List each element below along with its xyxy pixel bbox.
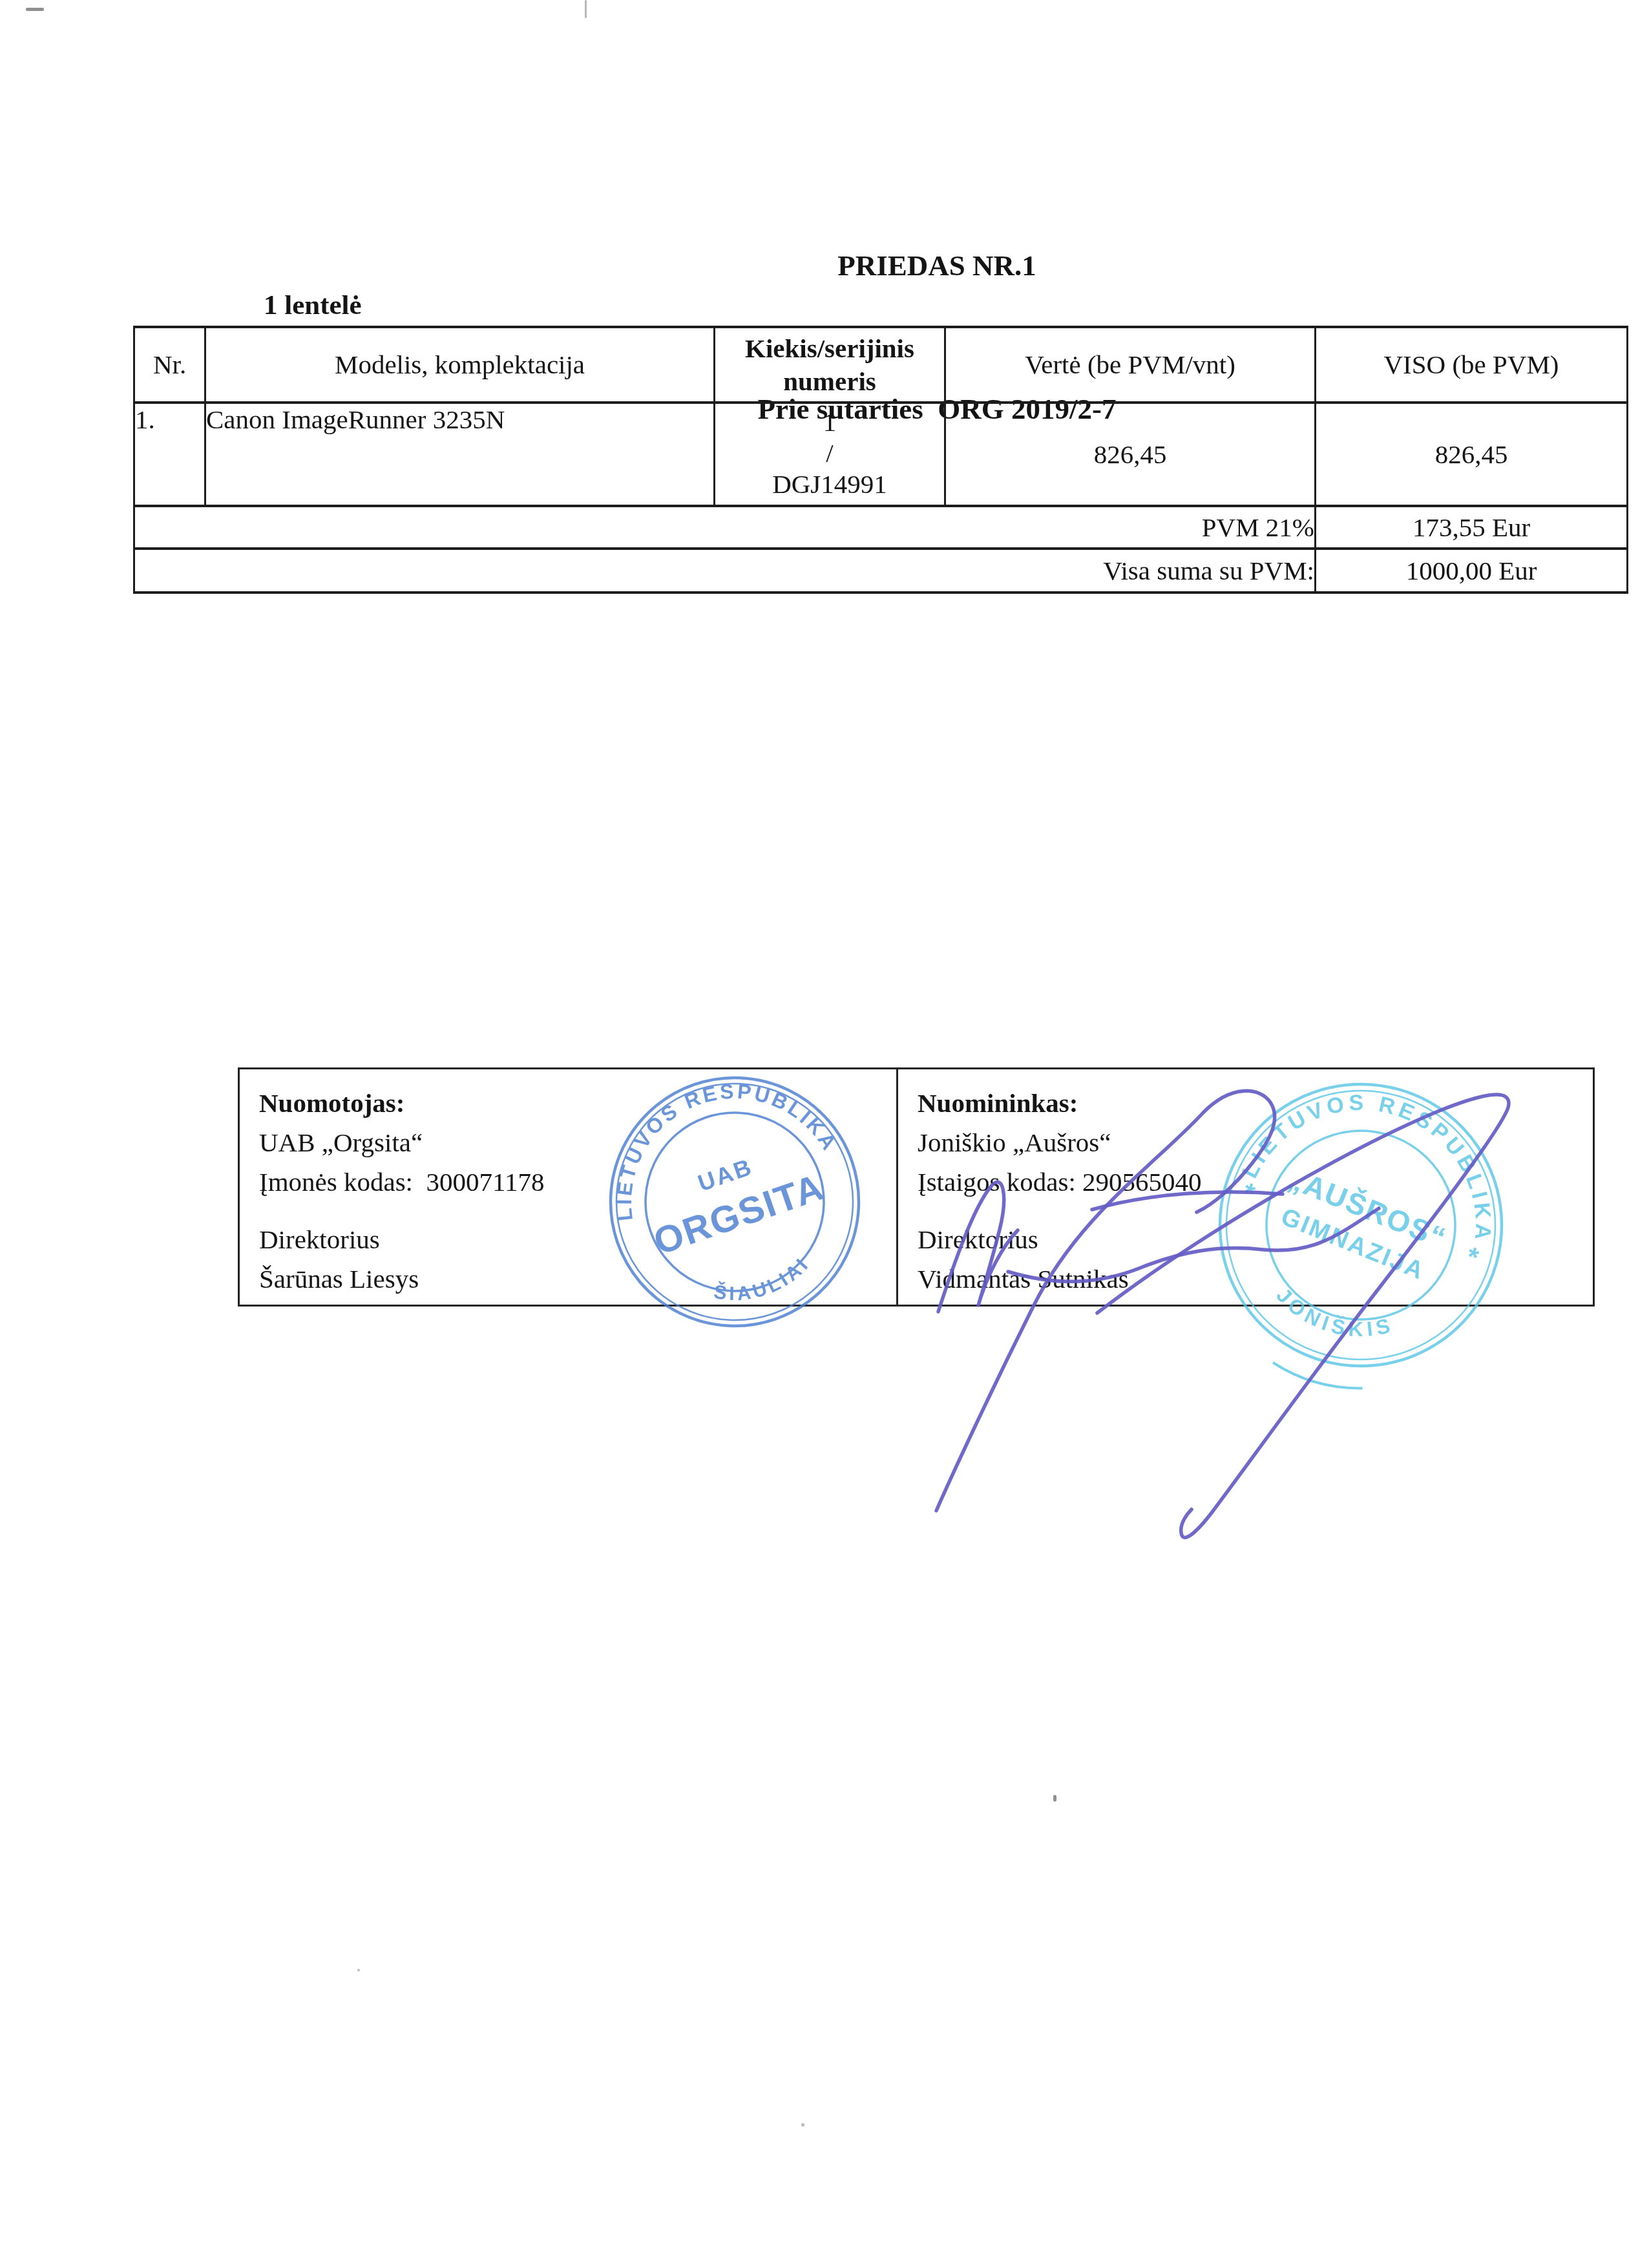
scanned-document-page: PRIEDAS NR.1 Prie sutarties ORG 2019/2-7… — [0, 0, 1649, 2268]
header-nr: Nr. — [134, 327, 205, 403]
serial-cell: 1 / DGJ14991 — [715, 403, 945, 506]
row-number-cell: 1. — [134, 403, 205, 506]
scan-artifact-line — [585, 0, 587, 18]
quantity-serial-separator: / — [826, 437, 833, 468]
scan-speck — [1053, 1795, 1056, 1801]
grand-total-label-cell: Visa suma su PVM: — [134, 549, 1316, 593]
quantity-value: 1 — [823, 406, 837, 437]
equipment-table: Nr. Modelis, komplektacija Kiekis/seriji… — [133, 326, 1628, 594]
serial-number: DGJ14991 — [772, 468, 887, 499]
ausros-stamp-star-right: * — [1464, 1241, 1482, 1273]
header-total: VISO (be PVM) — [1316, 327, 1628, 403]
unit-value-cell: 826,45 — [945, 403, 1316, 506]
header-model: Modelis, komplektacija — [205, 327, 715, 403]
header-serial: Kiekis/serijinis numeris — [715, 327, 945, 403]
table-header-row: Nr. Modelis, komplektacija Kiekis/seriji… — [134, 327, 1628, 403]
grand-total-row: Visa suma su PVM: 1000,00 Eur — [134, 549, 1628, 593]
table-row: 1. Canon ImageRunner 3235N 1 / DGJ14991 … — [134, 403, 1628, 506]
scan-speck — [801, 2123, 804, 2126]
model-cell: Canon ImageRunner 3235N — [205, 403, 715, 506]
vat-row: PVM 21% 173,55 Eur — [134, 506, 1628, 549]
ausros-stamp-icon: LIETUVOS RESPUBLIKA JONIŠKIS * * „AUŠROS… — [1206, 1070, 1516, 1380]
vat-value-cell: 173,55 Eur — [1316, 506, 1628, 549]
ausros-stamp-star-left: * — [1240, 1177, 1259, 1209]
orgsita-stamp-icon: LIETUVOS RESPUBLIKA ŠIAULIAI UAB ORGSITA — [586, 1053, 883, 1350]
total-value-cell: 826,45 — [1316, 403, 1628, 506]
document-title: PRIEDAS NR.1 — [452, 242, 1422, 289]
scan-artifact-dash — [26, 8, 44, 11]
grand-total-value-cell: 1000,00 Eur — [1316, 549, 1628, 593]
table-caption: 1 lentelė — [264, 289, 362, 321]
scan-speck — [357, 1969, 360, 1971]
vat-label-cell: PVM 21% — [134, 506, 1316, 549]
header-unit-value: Vertė (be PVM/vnt) — [945, 327, 1316, 403]
